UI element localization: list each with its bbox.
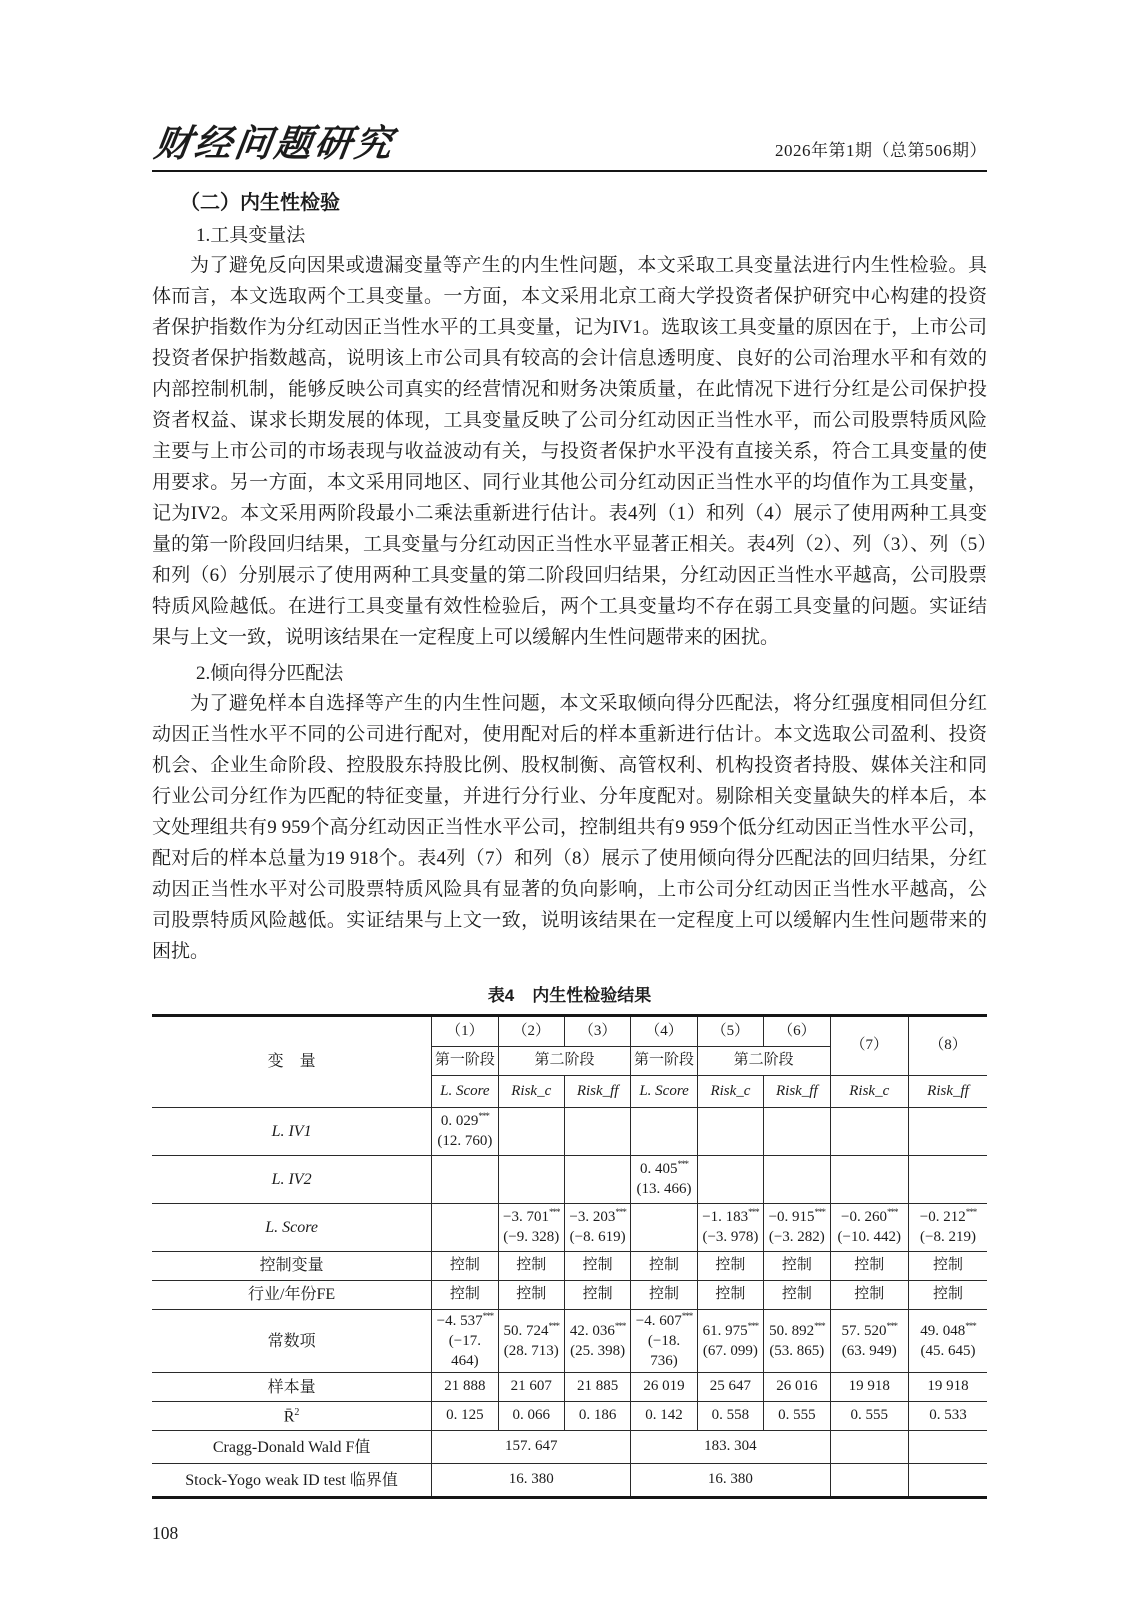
table-cell: 控制 <box>432 1281 498 1310</box>
table-cell: 50. 724***(28. 713) <box>498 1310 564 1373</box>
results-table: 变 量 （1） （2） （3） （4） （5） （6） （7） （8） 第一阶段… <box>152 1014 987 1499</box>
table-number: 表4 <box>488 986 514 1005</box>
row-label: 行业/年份FE <box>152 1281 432 1310</box>
stage-cell: 第一阶段 <box>631 1047 697 1076</box>
row-label: L. Score <box>152 1204 432 1252</box>
row-r2: R̄2 0. 125 0. 066 0. 186 0. 142 0. 558 0… <box>152 1402 987 1431</box>
page-number: 108 <box>152 1523 987 1544</box>
table-cell: 控制 <box>564 1281 630 1310</box>
journal-page: 财经问题研究 2026年第1期（总第506期） （二）内生性检验 1.工具变量法… <box>0 0 1140 1600</box>
table-cell: 25 647 <box>697 1373 763 1402</box>
row-label: 样本量 <box>152 1373 432 1402</box>
row-label: 常数项 <box>152 1310 432 1373</box>
col-num-1: （1） <box>432 1016 498 1047</box>
depvar-cell: Risk_c <box>697 1076 763 1108</box>
section-heading: （二）内生性检验 <box>152 186 987 215</box>
col-num-7: （7） <box>830 1016 908 1076</box>
subsection-heading-1: 1.工具变量法 <box>152 220 987 247</box>
header-row-numbers: 变 量 （1） （2） （3） （4） （5） （6） （7） （8） <box>152 1016 987 1047</box>
table-cell: 控制 <box>908 1281 987 1310</box>
table-cell: 21 888 <box>432 1373 498 1402</box>
col-num-2: （2） <box>498 1016 564 1047</box>
table-cell: 控制 <box>432 1252 498 1281</box>
table-cell: −4. 537***(−17. 464) <box>432 1310 498 1373</box>
table-cell: 16. 380 <box>432 1464 631 1498</box>
table-cell-empty <box>764 1108 830 1156</box>
table-cell: 控制 <box>498 1252 564 1281</box>
table-title: 表4内生性检验结果 <box>152 981 987 1006</box>
table-cell-empty <box>564 1108 630 1156</box>
table-cell: 42. 036***(25. 398) <box>564 1310 630 1373</box>
row-label: Stock-Yogo weak ID test 临界值 <box>152 1464 432 1498</box>
table-cell: 183. 304 <box>631 1431 830 1464</box>
row-label: R̄2 <box>152 1402 432 1431</box>
table-cell: −1. 183***(−3. 978) <box>697 1204 763 1252</box>
col-num-6: （6） <box>764 1016 830 1047</box>
table-cell: −4. 607***(−18. 736) <box>631 1310 697 1373</box>
table-caption: 内生性检验结果 <box>532 986 651 1005</box>
stage-cell: 第二阶段 <box>498 1047 631 1076</box>
journal-logo: 财经问题研究 <box>152 126 397 163</box>
table-cell: −0. 915***(−3. 282) <box>764 1204 830 1252</box>
table-cell: 0. 555 <box>830 1402 908 1431</box>
table-cell: 0. 186 <box>564 1402 630 1431</box>
table-cell: 0. 142 <box>631 1402 697 1431</box>
table-cell: 0. 066 <box>498 1402 564 1431</box>
row-cragg-donald: Cragg-Donald Wald F值 157. 647 183. 304 <box>152 1431 987 1464</box>
table-cell: 控制 <box>764 1252 830 1281</box>
table-cell-empty <box>830 1431 908 1464</box>
col-num-8: （8） <box>908 1016 987 1076</box>
col-num-3: （3） <box>564 1016 630 1047</box>
table-cell: 0. 125 <box>432 1402 498 1431</box>
table-cell: −0. 260***(−10. 442) <box>830 1204 908 1252</box>
table-cell: 21 885 <box>564 1373 630 1402</box>
stage-cell: 第二阶段 <box>697 1047 830 1076</box>
table-cell: 控制 <box>697 1281 763 1310</box>
header-divider <box>152 170 987 172</box>
depvar-cell: Risk_ff <box>564 1076 630 1108</box>
table-cell: 0. 405***(13. 466) <box>631 1156 697 1204</box>
table-cell-empty <box>830 1464 908 1498</box>
col-num-5: （5） <box>697 1016 763 1047</box>
table-cell: 61. 975***(67. 099) <box>697 1310 763 1373</box>
table-cell: 19 918 <box>908 1373 987 1402</box>
table-cell: 157. 647 <box>432 1431 631 1464</box>
stage-cell: 第一阶段 <box>432 1047 498 1076</box>
row-controls: 控制变量 控制 控制 控制 控制 控制 控制 控制 控制 <box>152 1252 987 1281</box>
col-num-4: （4） <box>631 1016 697 1047</box>
depvar-cell: Risk_ff <box>764 1076 830 1108</box>
table-cell: 49. 048***(45. 645) <box>908 1310 987 1373</box>
table-cell: 0. 555 <box>764 1402 830 1431</box>
table-cell: 控制 <box>908 1252 987 1281</box>
table-cell-empty <box>697 1108 763 1156</box>
table-cell-empty <box>498 1156 564 1204</box>
table-cell-empty <box>830 1156 908 1204</box>
paragraph-2: 为了避免样本自选择等产生的内生性问题，本文采取倾向得分匹配法，将分红强度相同但分… <box>152 688 987 967</box>
table-cell: 26 016 <box>764 1373 830 1402</box>
row-label: 控制变量 <box>152 1252 432 1281</box>
depvar-cell: Risk_c <box>498 1076 564 1108</box>
table-cell: 26 019 <box>631 1373 697 1402</box>
row-constant: 常数项 −4. 537***(−17. 464) 50. 724***(28. … <box>152 1310 987 1373</box>
row-iv1: L. IV1 0. 029***(12. 760) <box>152 1108 987 1156</box>
table-cell: 16. 380 <box>631 1464 830 1498</box>
depvar-cell: Risk_c <box>830 1076 908 1108</box>
table-cell: 57. 520***(63. 949) <box>830 1310 908 1373</box>
table-cell-empty <box>697 1156 763 1204</box>
row-score: L. Score −3. 701***(−9. 328) −3. 203***(… <box>152 1204 987 1252</box>
table-cell-empty <box>830 1108 908 1156</box>
table-cell-empty <box>908 1108 987 1156</box>
row-label: Cragg-Donald Wald F值 <box>152 1431 432 1464</box>
row-label: L. IV1 <box>152 1108 432 1156</box>
table-cell-empty <box>564 1156 630 1204</box>
table-cell-empty <box>764 1156 830 1204</box>
paragraph-1: 为了避免反向因果或遗漏变量等产生的内生性问题，本文采取工具变量法进行内生性检验。… <box>152 250 987 653</box>
table-cell: 控制 <box>631 1252 697 1281</box>
table-cell-empty <box>432 1204 498 1252</box>
table-cell: 50. 892***(53. 865) <box>764 1310 830 1373</box>
table-cell-empty <box>908 1431 987 1464</box>
row-fe: 行业/年份FE 控制 控制 控制 控制 控制 控制 控制 控制 <box>152 1281 987 1310</box>
row-label: L. IV2 <box>152 1156 432 1204</box>
subsection-heading-2: 2.倾向得分匹配法 <box>152 658 987 685</box>
depvar-cell: Risk_ff <box>908 1076 987 1108</box>
table-cell: 0. 558 <box>697 1402 763 1431</box>
row-samplesize: 样本量 21 888 21 607 21 885 26 019 25 647 2… <box>152 1373 987 1402</box>
table-cell: −0. 212***(−8. 219) <box>908 1204 987 1252</box>
table-cell-empty <box>498 1108 564 1156</box>
var-header-cell: 变 量 <box>152 1016 432 1108</box>
page-header: 财经问题研究 2026年第1期（总第506期） <box>152 126 987 163</box>
row-stock-yogo: Stock-Yogo weak ID test 临界值 16. 380 16. … <box>152 1464 987 1498</box>
table-cell-empty <box>908 1156 987 1204</box>
issue-info: 2026年第1期（总第506期） <box>775 136 987 163</box>
table-cell-empty <box>631 1204 697 1252</box>
table-cell: 0. 533 <box>908 1402 987 1431</box>
table-cell: 控制 <box>564 1252 630 1281</box>
depvar-cell: L. Score <box>432 1076 498 1108</box>
table-cell: 控制 <box>697 1252 763 1281</box>
table-cell: 控制 <box>830 1252 908 1281</box>
table-cell-empty <box>432 1156 498 1204</box>
table-cell-empty <box>631 1108 697 1156</box>
row-iv2: L. IV2 0. 405***(13. 466) <box>152 1156 987 1204</box>
table-cell: −3. 701***(−9. 328) <box>498 1204 564 1252</box>
table-cell: 21 607 <box>498 1373 564 1402</box>
table-cell-empty <box>908 1464 987 1498</box>
table-cell: 控制 <box>498 1281 564 1310</box>
table-cell: 控制 <box>830 1281 908 1310</box>
table-cell: 控制 <box>764 1281 830 1310</box>
table-cell: 19 918 <box>830 1373 908 1402</box>
table-cell: 0. 029***(12. 760) <box>432 1108 498 1156</box>
table-cell: 控制 <box>631 1281 697 1310</box>
depvar-cell: L. Score <box>631 1076 697 1108</box>
table-cell: −3. 203***(−8. 619) <box>564 1204 630 1252</box>
